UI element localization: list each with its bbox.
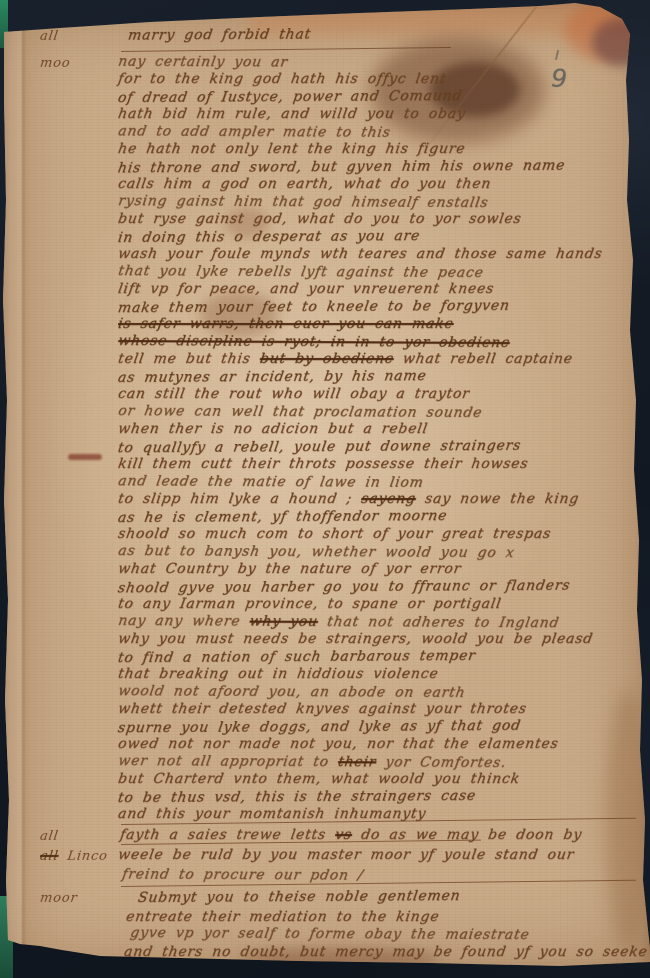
manuscript-line-text: hath bid him rule, and willd you to obay <box>117 106 467 124</box>
manuscript-line-text: whett their detested knyves against your… <box>117 701 528 719</box>
manuscript-line: whose discipline is ryot; in in to yor o… <box>118 334 645 352</box>
manuscript-line-text: of dread of Iustyce, power and Comaund <box>117 87 464 107</box>
manuscript-line-text: woold not afoord you, an abode on earth <box>117 683 467 702</box>
manuscript-line: or howe can well that proclamation sound… <box>118 404 645 422</box>
manuscript-line: all Linco weele be ruld by you master mo… <box>118 847 645 865</box>
manuscript-text-segment: but ryse gainst god, what do you to yor … <box>117 211 523 227</box>
manuscript-line: and leade the matie of lawe in liom <box>118 474 645 492</box>
manuscript-line-text: or howe can well that proclamation sound… <box>117 403 484 422</box>
manuscript-text-segment: can still the rout who will obay a trayt… <box>117 386 471 402</box>
manuscript-text-segment: but by obedienc <box>259 351 395 367</box>
manuscript-line: hath bid him rule, and willd you to obay <box>118 106 645 124</box>
manuscript-line-text: for to the king god hath his offyc lent <box>117 71 448 89</box>
manuscript-text-segment: wash your foule mynds wth teares and tho… <box>117 246 604 262</box>
manuscript-line-text: wer not all appropriat to their yor Comf… <box>117 752 508 772</box>
manuscript-text-segment: for to the king god hath his offyc lent <box>117 71 448 87</box>
speech-prefix-word: moo <box>39 56 71 71</box>
manuscript-line: when ther is no adicion but a rebell <box>118 421 645 439</box>
manuscript-line: as but to banysh you, whether woold you … <box>118 544 645 562</box>
manuscript-text-segment: spurne you lyke doggs, and lyke as yf th… <box>117 717 522 735</box>
manuscript-text-segment: make them your feet to kneele to be forg… <box>117 297 511 315</box>
manuscript-line: to any Iarman province, to spane or port… <box>118 596 645 614</box>
speech-prefix-word: moor <box>39 891 79 906</box>
manuscript-line-text: calls him a god on earth, what do you th… <box>117 176 493 194</box>
manuscript-line: wer not all appropriat to their yor Comf… <box>118 754 645 772</box>
manuscript-line-text: nay any where why you that not adheres t… <box>117 612 561 632</box>
manuscript-line-text: lift vp for peace, and your vnreuerent k… <box>117 281 496 299</box>
manuscript-line: rysing gainst him that god himsealf enst… <box>118 194 645 212</box>
manuscript-line: spurne you lyke doggs, and lyke as yf th… <box>118 719 645 737</box>
manuscript-text-segment: shoold so much com to short of your grea… <box>117 526 552 542</box>
manuscript-text-segment: rysing gainst him that god himsealf enst… <box>117 193 490 211</box>
manuscript-line-text: when ther is no adicion but a rebell <box>117 421 429 439</box>
manuscript-line: kill them cutt their throts possesse the… <box>118 456 645 474</box>
manuscript-line-text: why you must needs be straingers, woold … <box>117 631 595 649</box>
manuscript-line-text: to any Iarman province, to spane or port… <box>117 596 503 614</box>
manuscript-text-segment: to be thus vsd, this is the straingers c… <box>117 787 477 805</box>
manuscript-line: that you lyke rebells lyft against the p… <box>118 264 645 282</box>
manuscript-line: nay any where why you that not adheres t… <box>118 614 645 632</box>
manuscript-line-text: what Country by the nature of yor error <box>117 561 463 579</box>
manuscript-line: that breaking out in hiddious violence <box>118 666 645 684</box>
manuscript-text-segment: is safer warrs, then euer you can make <box>117 316 455 332</box>
margin-ink-dash <box>68 454 102 460</box>
manuscript-line: but ryse gainst god, what do you to yor … <box>118 211 645 229</box>
manuscript-text-segment: that you lyke rebells lyft against the p… <box>117 263 485 281</box>
manuscript-line: but Charterd vnto them, what woold you t… <box>118 771 645 789</box>
manuscript-text-segment: tell me but this <box>117 351 252 367</box>
manuscript-line-text: wash your foule mynds wth teares and tho… <box>117 246 604 264</box>
manuscript-text-segment: and thers no doubt, but mercy may be fou… <box>123 944 649 960</box>
manuscript-line: woold not afoord you, an abode on earth <box>118 684 645 702</box>
manuscript-line: to find a nation of such barbarous tempe… <box>118 649 645 667</box>
manuscript-text-segment: hath bid him rule, and willd you to obay <box>117 106 467 122</box>
manuscript-line-text: marry god forbid that <box>127 26 313 45</box>
manuscript-line-text: and thers no doubt, but mercy may be fou… <box>123 944 649 962</box>
manuscript-text-segment: to quallyfy a rebell, youle put downe st… <box>117 437 523 455</box>
manuscript-text-segment: and this your momtanish inhumanyty <box>117 806 427 822</box>
manuscript-line: to quallyfy a rebell, youle put downe st… <box>118 439 645 457</box>
manuscript-text-segment: marry god forbid that <box>127 26 312 43</box>
manuscript-page: 9 all marry god forbid that moo nay cert… <box>0 0 650 978</box>
manuscript-line: make them your feet to kneele to be forg… <box>118 299 645 317</box>
manuscript-line: owed not nor made not you, nor that the … <box>118 736 645 754</box>
manuscript-text-segment: when ther is no adicion but a rebell <box>117 421 429 437</box>
manuscript-text-segment: say nowe the king <box>424 491 581 507</box>
manuscript-text-segment: as but to banysh you, whether woold you … <box>117 542 516 560</box>
manuscript-text-segment: to any Iarman province, to spane or port… <box>117 596 503 612</box>
manuscript-line: is safer warrs, then euer you can make <box>118 316 645 334</box>
manuscript-line-text: that breaking out in hiddious violence <box>117 666 440 684</box>
manuscript-line-text: freind to procure our pdon / <box>121 866 365 885</box>
manuscript-line: whett their detested knyves against your… <box>118 701 645 719</box>
manuscript-line: entreate their mediation to the kinge <box>118 909 645 927</box>
manuscript-text-segment: wer not all appropriat to <box>117 752 330 769</box>
manuscript-text-segment: owed not nor made not you, nor that the … <box>117 736 560 752</box>
manuscript-text-segment: nay any where <box>117 612 242 629</box>
manuscript-line-text: tell me but this but by obedienc what re… <box>117 351 574 369</box>
manuscript-line: to be thus vsd, this is the straingers c… <box>118 789 645 807</box>
manuscript-line-text: his throne and sword, but gyven him his … <box>116 157 566 177</box>
manuscript-line-text: is safer warrs, then euer you can make <box>117 316 455 334</box>
manuscript-line-text: and to add ampler matie to this <box>117 123 392 142</box>
manuscript-text-segment: that not adheres to Ingland <box>326 613 561 630</box>
manuscript-text-segment: and to add ampler matie to this <box>117 123 392 140</box>
manuscript-line-text: Submyt you to theise noble gentlemen <box>137 888 462 907</box>
manuscript-line-text: make them your feet to kneele to be forg… <box>116 297 510 317</box>
manuscript-line-text: as he is clement, yf thoffendor moorne <box>117 507 449 527</box>
manuscript-line: of dread of Iustyce, power and Comaund <box>118 89 645 107</box>
speech-prefix: all <box>39 828 60 846</box>
manuscript-line-text: to find a nation of such barbarous tempe… <box>116 647 476 667</box>
manuscript-text-segment: whett their detested knyves against your… <box>117 701 528 717</box>
manuscript-text-segment: gyve vp yor sealf to forme obay the maie… <box>129 925 531 943</box>
manuscript-line-text: that you lyke rebells lyft against the p… <box>117 263 485 282</box>
manuscript-text-segment: why you must needs be straingers, woold … <box>117 631 594 647</box>
speech-prefix: all <box>39 28 60 46</box>
manuscript-text-segment: and leade the matie of lawe in liom <box>117 473 425 491</box>
manuscript-text-segment: but Charterd vnto them, what woold you t… <box>117 771 521 787</box>
manuscript-text-segment: yor Comfortes. <box>384 754 507 771</box>
manuscript-text-segment: kill them cutt their throts possesse the… <box>117 456 530 472</box>
manuscript-line: he hath not only lent the king his figur… <box>118 141 645 159</box>
manuscript-line-text: to be thus vsd, this is the straingers c… <box>116 787 477 807</box>
manuscript-line: wash your foule mynds wth teares and tho… <box>118 246 645 264</box>
manuscript-line: as mutynes ar incident, by his name <box>118 369 645 387</box>
manuscript-line-text: spurne you lyke doggs, and lyke as yf th… <box>116 717 522 737</box>
manuscript-line: for to the king god hath his offyc lent <box>118 71 645 89</box>
manuscript-text-segment: freind to procure our pdon / <box>121 866 365 883</box>
manuscript-text-segment: vs <box>334 827 353 843</box>
manuscript-line: and to add ampler matie to this <box>118 124 645 142</box>
manuscript-photo: 9 all marry god forbid that moo nay cert… <box>0 0 650 978</box>
manuscript-line-text: shoold so much com to short of your grea… <box>117 526 553 544</box>
manuscript-line: why you must needs be straingers, woold … <box>118 631 645 649</box>
manuscript-line: calls him a god on earth, what do you th… <box>118 176 645 194</box>
manuscript-text-segment: to slipp him lyke a hound ; <box>117 491 353 507</box>
speech-prefix: all Linco <box>39 848 109 866</box>
manuscript-line-text: whose discipline is ryot; in in to yor o… <box>117 332 511 352</box>
manuscript-text-segment: Submyt you to theise noble gentlemen <box>137 888 462 906</box>
manuscript-line-text: owed not nor made not you, nor that the … <box>117 736 560 754</box>
manuscript-text-segment: entreate their mediation to the kinge <box>125 909 441 925</box>
manuscript-line-text: in doing this o desperat as you are <box>117 228 422 247</box>
manuscript-line-text: as but to banysh you, whether woold you … <box>117 542 516 562</box>
manuscript-line: can still the rout who will obay a trayt… <box>118 386 645 404</box>
manuscript-line: all marry god forbid that <box>118 27 645 45</box>
manuscript-text-segment: why you <box>248 613 319 629</box>
manuscript-line: moor Submyt you to theise noble gentleme… <box>118 889 645 907</box>
manuscript-text-segment: that breaking out in hiddious violence <box>117 666 440 682</box>
manuscript-text-segment: lift vp for peace, and your vnreuerent k… <box>117 281 495 297</box>
manuscript-text-segment: as he is clement, yf thoffendor moorne <box>117 507 449 525</box>
manuscript-line: shoold gyve you harber go you to ffraunc… <box>118 579 645 597</box>
manuscript-line-text: gyve vp yor sealf to forme obay the maie… <box>129 925 531 945</box>
manuscript-line-text: and leade the matie of lawe in liom <box>117 473 425 492</box>
manuscript-text-segment: he hath not only lent the king his figur… <box>117 141 467 157</box>
manuscript-line: what Country by the nature of yor error <box>118 561 645 579</box>
manuscript-line: his throne and sword, but gyven him his … <box>118 159 645 177</box>
manuscript-line: as he is clement, yf thoffendor moorne <box>118 509 645 527</box>
speech-prefix-word: all <box>39 829 60 844</box>
manuscript-text-segment: in doing this o desperat as you are <box>117 228 422 246</box>
manuscript-text-segment: weele be ruld by you master moor yf youl… <box>117 847 576 863</box>
manuscript-line-text: but Charterd vnto them, what woold you t… <box>117 771 522 789</box>
manuscript-text-segment: sayeng <box>360 491 417 507</box>
manuscript-line-text: weele be ruld by you master moor yf youl… <box>117 847 576 865</box>
manuscript-line-text: entreate their mediation to the kinge <box>125 909 441 927</box>
manuscript-line: tell me but this but by obedienc what re… <box>118 351 645 369</box>
speech-prefix: moo <box>39 55 72 73</box>
speech-prefix-word: all <box>39 849 60 864</box>
manuscript-text-segment: their <box>337 754 378 770</box>
manuscript-text-segment: fayth a saies trewe letts <box>119 827 327 843</box>
speech-prefix-word: Linco <box>66 849 108 864</box>
manuscript-text-segment: to find a nation of such barbarous tempe… <box>117 647 477 665</box>
manuscript-line-text: rysing gainst him that god himsealf enst… <box>117 193 490 212</box>
manuscript-text-segment: what rebell captaine <box>402 351 575 367</box>
manuscript-line: moo nay certainly you ar <box>118 54 645 72</box>
manuscript-line-text: but ryse gainst god, what do you to yor … <box>117 211 523 229</box>
manuscript-text-segment: as mutynes ar incident, by his name <box>117 368 428 386</box>
manuscript-text-segment: calls him a god on earth, what do you th… <box>117 176 493 192</box>
manuscript-text-segment: his throne and sword, but gyven him his … <box>117 157 567 176</box>
manuscript-line-text: to slipp him lyke a hound ; sayeng say n… <box>117 491 581 509</box>
manuscript-text-segment: or howe can well that proclamation sound… <box>117 403 484 421</box>
manuscript-line: to slipp him lyke a hound ; sayeng say n… <box>118 491 645 509</box>
manuscript-line: gyve vp yor sealf to forme obay the maie… <box>118 926 645 944</box>
manuscript-line: and thers no doubt, but mercy may be fou… <box>118 944 645 962</box>
manuscript-text-segment: what Country by the nature of yor error <box>117 561 462 577</box>
manuscript-line-text: he hath not only lent the king his figur… <box>117 141 467 159</box>
manuscript-text-segment: woold not afoord you, an abode on earth <box>117 683 467 701</box>
speech-prefix-word: all <box>39 29 60 44</box>
speech-divider-rule <box>121 46 451 51</box>
manuscript-text-segment: of dread of Iustyce, power and Comaund <box>117 87 464 105</box>
speech-prefix: moor <box>39 890 79 908</box>
manuscript-line-text: can still the rout who will obay a trayt… <box>117 386 471 404</box>
manuscript-line: lift vp for peace, and your vnreuerent k… <box>118 281 645 299</box>
manuscript-text-segment: nay certainly you ar <box>117 53 289 70</box>
manuscript-line-text: kill them cutt their throts possesse the… <box>117 456 530 474</box>
manuscript-line-text: to quallyfy a rebell, youle put downe st… <box>116 437 522 457</box>
manuscript-text-block: all marry god forbid that moo nay certai… <box>118 27 645 961</box>
manuscript-line-text: as mutynes ar incident, by his name <box>117 368 428 387</box>
manuscript-text-segment: whose discipline is ryot; in in to yor o… <box>117 332 511 350</box>
manuscript-text-segment: shoold gyve you harber go you to ffraunc… <box>117 577 572 596</box>
manuscript-line-text: nay certainly you ar <box>117 53 289 71</box>
manuscript-line: in doing this o desperat as you are <box>118 229 645 247</box>
manuscript-line: shoold so much com to short of your grea… <box>118 526 645 544</box>
manuscript-line-text: shoold gyve you harber go you to ffraunc… <box>116 577 571 597</box>
